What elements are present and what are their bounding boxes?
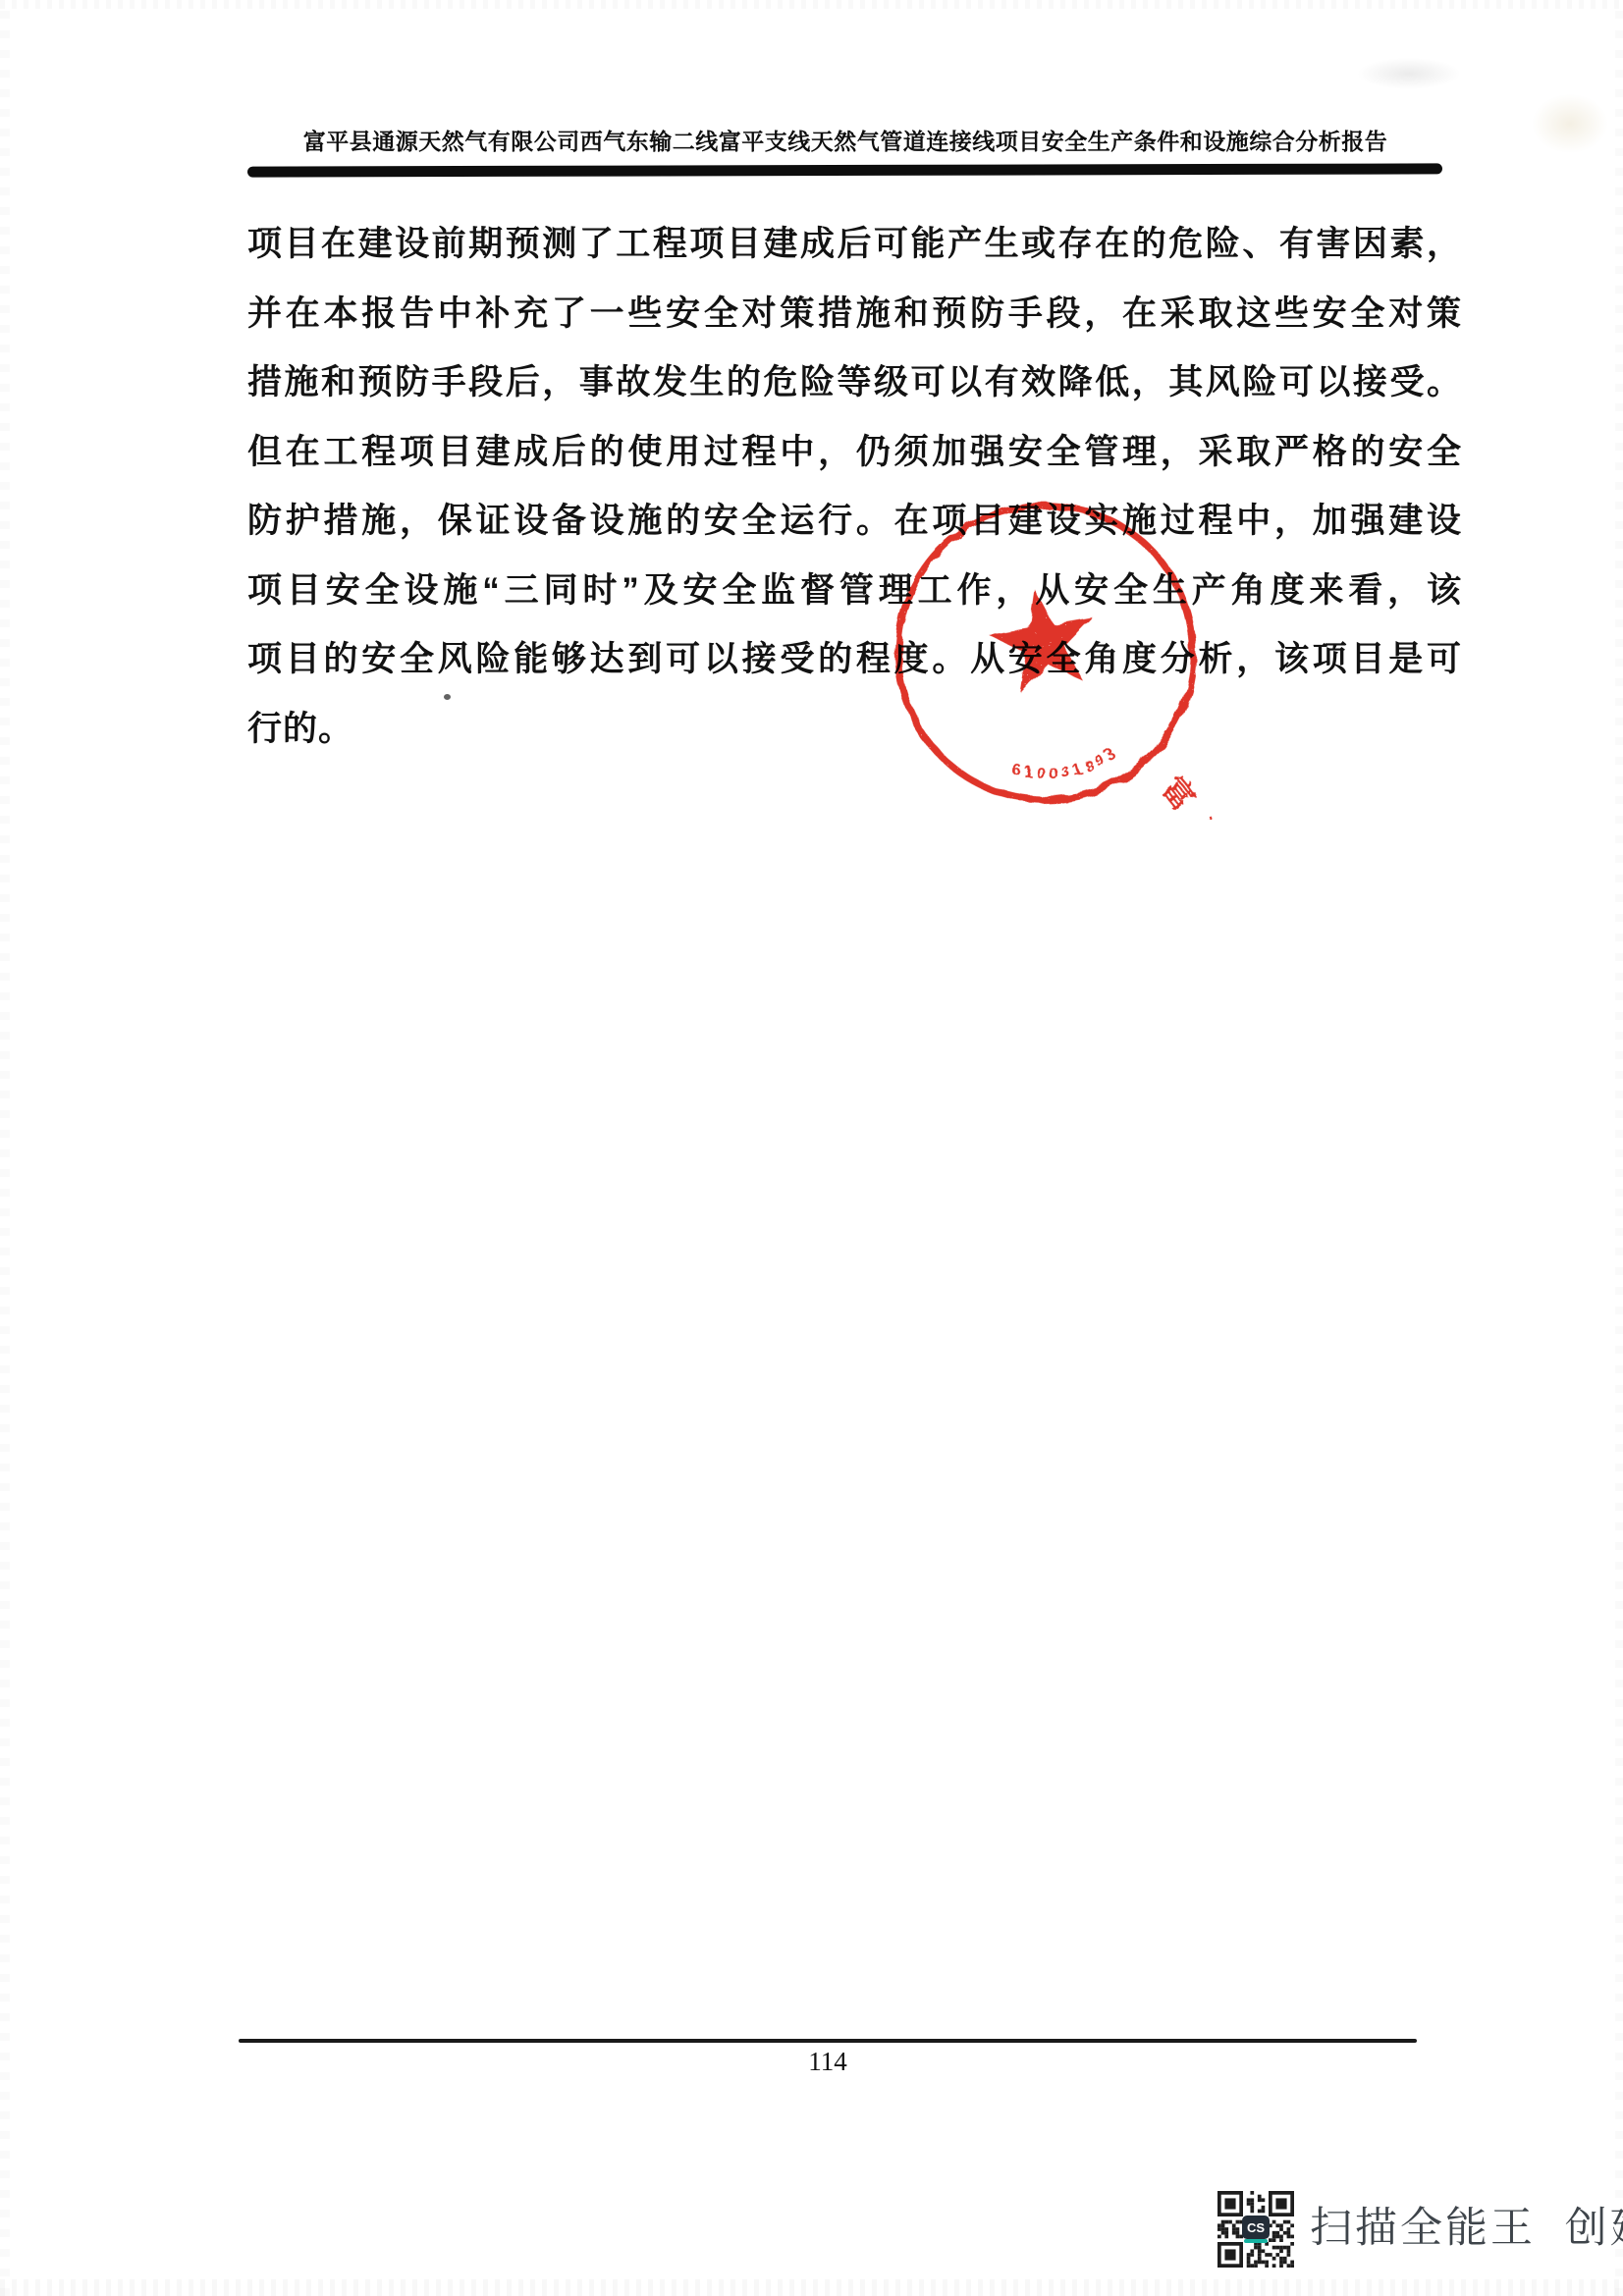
company-seal-stamp: 富平县通源天然气有限公司 610031893 xyxy=(879,486,1213,820)
qr-module xyxy=(1279,2227,1283,2231)
scan-edge-artifact xyxy=(0,2279,1623,2296)
qr-module xyxy=(1254,2261,1258,2265)
qr-code-icon: CS xyxy=(1217,2191,1294,2268)
qr-module xyxy=(1221,2231,1225,2235)
qr-module xyxy=(1262,2206,1266,2210)
qr-module xyxy=(1254,2246,1258,2250)
qr-module xyxy=(1265,2264,1269,2268)
qr-module xyxy=(1224,2231,1228,2235)
seal-graphic: 富平县通源天然气有限公司 610031893 xyxy=(879,486,1213,820)
qr-module xyxy=(1224,2227,1228,2231)
qr-module xyxy=(1287,2227,1291,2231)
body-line: 防护措施，保证设备设施的安全运行。在项目建设实施过程中，加强建设 xyxy=(247,487,1462,557)
body-line: 措施和预防手段后，事故发生的危险等级可以有效降低，其风险可以接受。 xyxy=(247,348,1462,418)
qr-module xyxy=(1272,2257,1276,2261)
qr-module xyxy=(1287,2249,1291,2253)
qr-module xyxy=(1262,2198,1266,2202)
qr-module xyxy=(1283,2220,1287,2224)
scan-edge-artifact xyxy=(0,0,10,2296)
seal-svg: 富平县通源天然气有限公司 610031893 xyxy=(879,486,1213,820)
qr-module xyxy=(1279,2261,1283,2265)
qr-module xyxy=(1236,2231,1240,2235)
qr-module xyxy=(1275,2223,1279,2227)
qr-module xyxy=(1232,2231,1236,2235)
qr-module xyxy=(1236,2235,1240,2239)
body-paragraph: 项目在建设前期预测了工程项目建成后可能产生或存在的危险、有害因素，并在本报告中补… xyxy=(247,210,1462,764)
qr-module xyxy=(1275,2235,1279,2239)
qr-module xyxy=(1279,2246,1283,2250)
qr-module xyxy=(1232,2227,1236,2231)
footer-rule xyxy=(239,2039,1417,2043)
qr-module xyxy=(1258,2249,1262,2253)
qr-module xyxy=(1247,2253,1251,2257)
qr-module xyxy=(1247,2202,1251,2206)
scan-edge-artifact xyxy=(0,0,1623,9)
qr-module xyxy=(1283,2246,1287,2250)
qr-module xyxy=(1250,2206,1254,2210)
qr-module xyxy=(1290,2235,1294,2239)
qr-module xyxy=(1228,2220,1232,2224)
scan-edge-artifact xyxy=(1615,0,1623,2296)
qr-module xyxy=(1290,2264,1294,2268)
qr-module xyxy=(1258,2246,1262,2250)
qr-module xyxy=(1272,2246,1276,2250)
body-line: 但在工程项目建成后的使用过程中，仍须加强安全管理，采取严格的安全 xyxy=(247,418,1462,488)
qr-module xyxy=(1275,2246,1279,2250)
body-line: 项目在建设前期预测了工程项目建成后可能产生或存在的危险、有害因素， xyxy=(247,210,1462,280)
qr-module xyxy=(1258,2257,1262,2261)
scan-speck xyxy=(444,694,451,700)
qr-module xyxy=(1236,2227,1240,2231)
qr-module xyxy=(1254,2264,1258,2268)
qr-module xyxy=(1279,2257,1283,2261)
document-page: 富平县通源天然气有限公司西气东输二线富平支线天然气管道连接线项目安全生产条件和设… xyxy=(0,0,1623,2296)
body-line: 项目的安全风险能够达到可以接受的程度。从安全角度分析，该项目是可 xyxy=(247,625,1462,695)
body-line: 行的。 xyxy=(247,695,1462,765)
qr-module xyxy=(1283,2261,1287,2265)
qr-logo-text: CS xyxy=(1247,2220,1265,2235)
qr-module xyxy=(1250,2191,1254,2195)
qr-module xyxy=(1236,2220,1240,2224)
header-rule xyxy=(247,163,1442,177)
qr-module xyxy=(1217,2227,1221,2231)
qr-module xyxy=(1287,2253,1291,2257)
qr-module xyxy=(1262,2210,1266,2214)
page-number: 114 xyxy=(239,2045,1417,2078)
qr-module xyxy=(1269,2253,1272,2257)
qr-module xyxy=(1250,2264,1254,2268)
qr-module xyxy=(1221,2227,1225,2231)
qr-module xyxy=(1224,2235,1228,2239)
qr-module xyxy=(1283,2257,1287,2261)
qr-module xyxy=(1262,2249,1266,2253)
qr-module xyxy=(1279,2235,1283,2239)
qr-module xyxy=(1224,2198,1235,2209)
scan-smudge xyxy=(1517,82,1623,165)
qr-module xyxy=(1258,2198,1262,2202)
qr-module xyxy=(1217,2223,1221,2227)
qr-module xyxy=(1290,2261,1294,2265)
qr-module xyxy=(1287,2235,1291,2239)
qr-module xyxy=(1247,2261,1251,2265)
qr-module xyxy=(1221,2220,1225,2224)
qr-module xyxy=(1258,2195,1262,2199)
qr-module xyxy=(1279,2223,1283,2227)
watermark-text: 扫描全能王 创建 xyxy=(1310,2202,1623,2257)
qr-module xyxy=(1224,2249,1235,2260)
qr-module xyxy=(1279,2238,1283,2242)
qr-module xyxy=(1250,2249,1254,2253)
qr-module xyxy=(1250,2210,1254,2214)
qr-module xyxy=(1244,2239,1268,2243)
qr-module xyxy=(1272,2235,1276,2239)
qr-module xyxy=(1279,2249,1283,2253)
qr-module xyxy=(1283,2231,1287,2235)
body-line: 并在本报告中补充了一些安全对策措施和预防手段，在采取这些安全对策 xyxy=(247,280,1462,349)
qr-module xyxy=(1232,2223,1236,2227)
seal-star-icon xyxy=(983,580,1104,696)
qr-module xyxy=(1221,2223,1225,2227)
qr-module xyxy=(1269,2238,1272,2242)
qr-module xyxy=(1217,2235,1221,2239)
qr-module xyxy=(1272,2264,1276,2268)
qr-module xyxy=(1262,2261,1266,2265)
qr-module xyxy=(1265,2253,1269,2257)
qr-module xyxy=(1250,2253,1254,2257)
qr-module xyxy=(1247,2257,1251,2261)
qr-module xyxy=(1275,2231,1279,2235)
qr-module xyxy=(1287,2231,1291,2235)
seal-code-text: 610031893 xyxy=(1007,742,1124,789)
qr-module xyxy=(1287,2264,1291,2268)
qr-module xyxy=(1272,2220,1276,2224)
qr-module xyxy=(1272,2238,1276,2242)
qr-module xyxy=(1290,2223,1294,2227)
qr-module xyxy=(1275,2253,1279,2257)
qr-module xyxy=(1272,2231,1276,2235)
qr-module xyxy=(1224,2220,1228,2224)
scan-smudge xyxy=(1335,51,1483,96)
qr-module xyxy=(1250,2202,1254,2206)
qr-module xyxy=(1258,2261,1262,2265)
qr-module xyxy=(1275,2198,1286,2209)
qr-module xyxy=(1287,2220,1291,2224)
qr-module xyxy=(1250,2198,1254,2202)
qr-module xyxy=(1265,2261,1269,2265)
qr-module xyxy=(1247,2198,1251,2202)
qr-module xyxy=(1279,2264,1283,2268)
qr-module xyxy=(1258,2210,1262,2214)
qr-module xyxy=(1287,2246,1291,2250)
header-title: 富平县通源天然气有限公司西气东输二线富平支线天然气管道连接线项目安全生产条件和设… xyxy=(248,124,1442,159)
qr-module xyxy=(1247,2264,1251,2268)
qr-module xyxy=(1258,2253,1262,2257)
body-line: 项目安全设施“三同时”及安全监督管理工作，从安全生产角度来看，该 xyxy=(247,557,1462,626)
qr-module xyxy=(1290,2242,1294,2246)
